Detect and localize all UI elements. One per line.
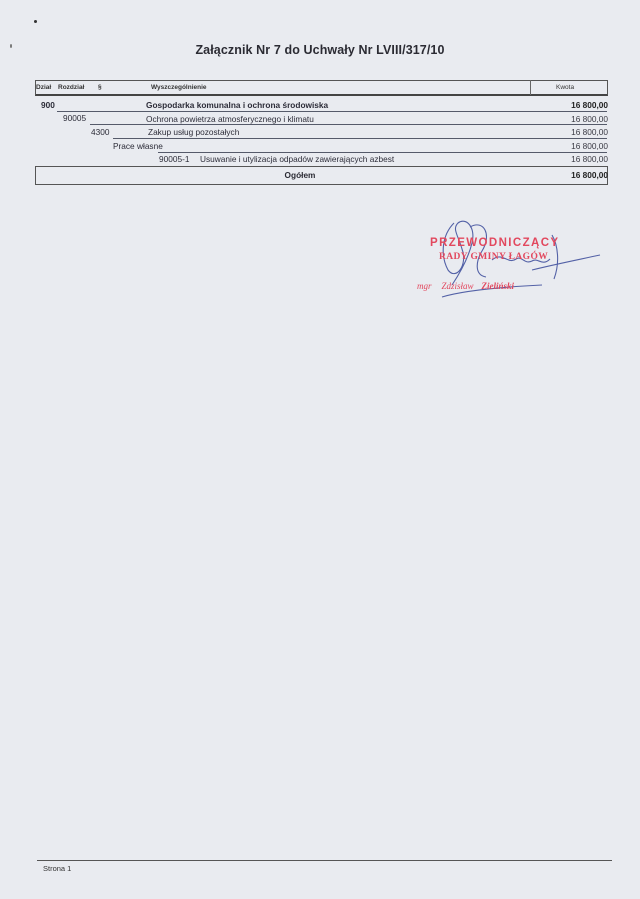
stamp-prefix: mgr <box>417 281 432 291</box>
row-amount: 16 800,00 <box>571 154 608 164</box>
table-header <box>35 80 608 96</box>
row-code: 900 <box>41 100 55 110</box>
row-code: 90005 <box>63 113 86 123</box>
header-dzial: Dział <box>36 84 51 91</box>
official-stamp: PRZEWODNICZĄCY RADY GMINY ŁAGÓW mgrZdzis… <box>412 215 612 305</box>
stamp-signatory: mgrZdzisławZieliński <box>417 281 514 291</box>
row-underline <box>57 111 607 112</box>
header-divider <box>530 80 531 95</box>
stamp-title: PRZEWODNICZĄCY <box>430 237 560 249</box>
row-description: Ochrona powietrza atmosferycznego i klim… <box>146 114 314 124</box>
stamp-last-name: Zieliński <box>482 281 515 291</box>
total-label: Ogółem <box>0 170 600 180</box>
page-number: Strona 1 <box>43 864 71 873</box>
header-rozdzial: Rozdział <box>58 84 84 91</box>
row-underline <box>113 138 607 139</box>
stamp-council: RADY GMINY ŁAGÓW <box>439 252 548 262</box>
row-code: 4300 <box>91 127 109 137</box>
row-description: Gospodarka komunalna i ochrona środowisk… <box>146 100 328 110</box>
row-amount: 16 800,00 <box>571 114 608 124</box>
document-title: Załącznik Nr 7 do Uchwały Nr LVIII/317/1… <box>0 43 640 57</box>
total-amount: 16 800,00 <box>571 170 608 180</box>
row-description: Usuwanie i utylizacja odpadów zawierając… <box>200 154 394 164</box>
row-amount: 16 800,00 <box>571 127 608 137</box>
stamp-first-name: Zdzisław <box>442 281 474 291</box>
header-wyszczegolnienie: Wyszczególnienie <box>151 84 207 91</box>
footer-divider <box>37 860 612 861</box>
row-amount: 16 800,00 <box>571 141 608 151</box>
scan-speck <box>34 20 37 23</box>
row-underline <box>158 152 607 153</box>
row-description: Zakup usług pozostałych <box>148 127 239 137</box>
row-amount: 16 800,00 <box>571 100 608 110</box>
header-kwota: Kwota <box>556 84 574 91</box>
header-paragraf: § <box>98 84 102 91</box>
row-underline <box>90 124 607 125</box>
row-code: 90005-1 <box>159 154 189 164</box>
row-description: Prace własne <box>113 141 163 151</box>
